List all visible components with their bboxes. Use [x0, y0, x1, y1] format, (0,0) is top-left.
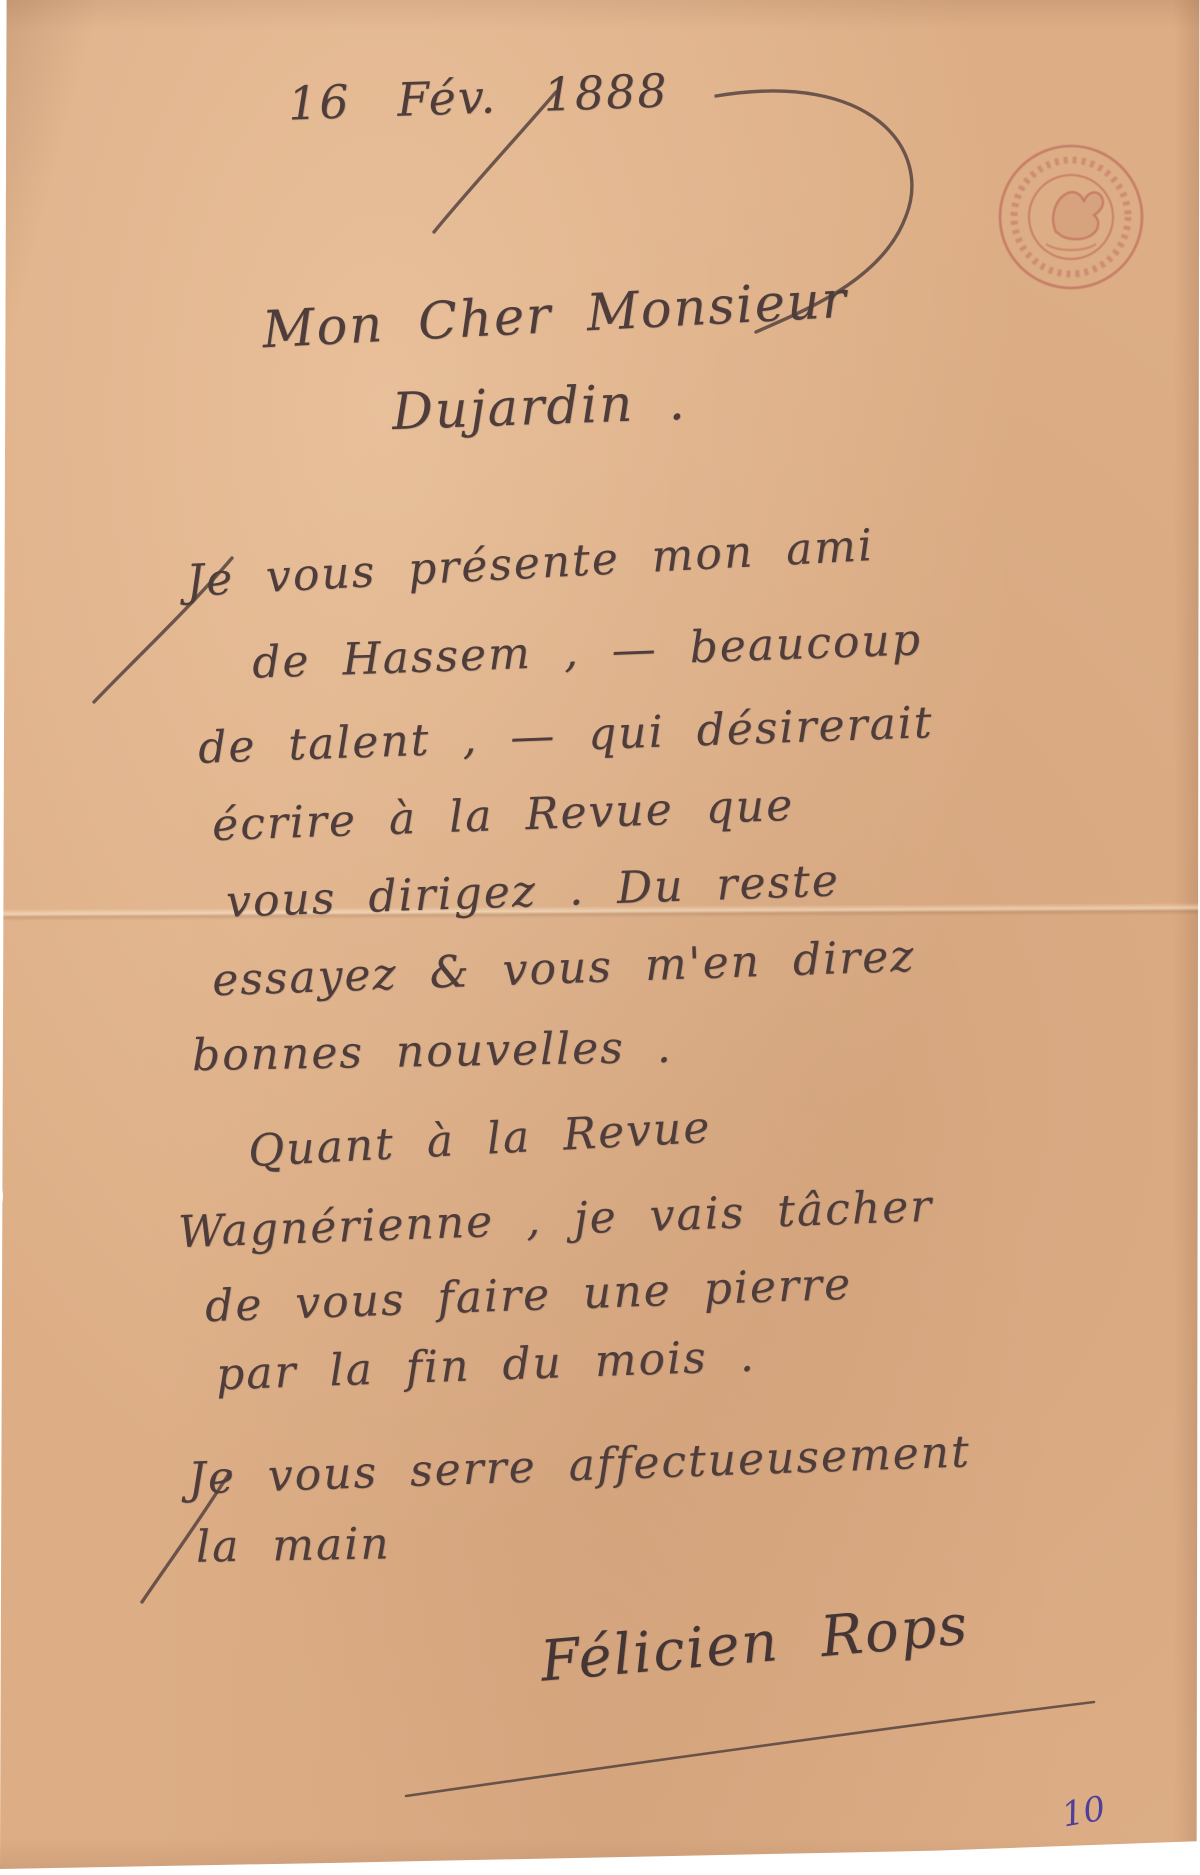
paper-edge-tear — [0, 735, 4, 761]
body-line: Quant à la Revue — [247, 1106, 712, 1174]
body-line: par la fin du mois . — [215, 1335, 756, 1398]
body-line: de talent , — qui désirerait — [197, 701, 934, 771]
body-line: de vous faire une pierre — [204, 1263, 852, 1330]
signature: Félicien Rops — [538, 1597, 971, 1690]
body-line: Wagnérienne , je vais tâcher — [177, 1185, 933, 1255]
paper-edge-tear — [0, 1186, 3, 1206]
body-line: bonnes nouvelles . — [192, 1026, 673, 1078]
letter-paper: 16 Fév. 1888 Mon Cher Monsieur Dujardin … — [0, 0, 1200, 1875]
body-line: essayez & vous m'en direz — [211, 935, 916, 1004]
salutation-line: Dujardin . — [391, 377, 687, 438]
closing-line: la main — [196, 1522, 391, 1569]
body-line: Je vous présente mon ami — [185, 524, 875, 604]
closing-line: Je vous serre affectueusement — [187, 1430, 971, 1501]
library-stamp-icon — [986, 132, 1156, 302]
folio-number: 10 — [1059, 1789, 1109, 1836]
body-line: écrire à la Revue que — [211, 784, 794, 848]
letter-date: 16 Fév. 1888 — [287, 67, 669, 126]
letter-scan: 16 Fév. 1888 Mon Cher Monsieur Dujardin … — [0, 0, 1200, 1875]
salutation-line: Mon Cher Monsieur — [261, 275, 849, 357]
body-line: de Hassem , — beaucoup — [251, 618, 922, 685]
